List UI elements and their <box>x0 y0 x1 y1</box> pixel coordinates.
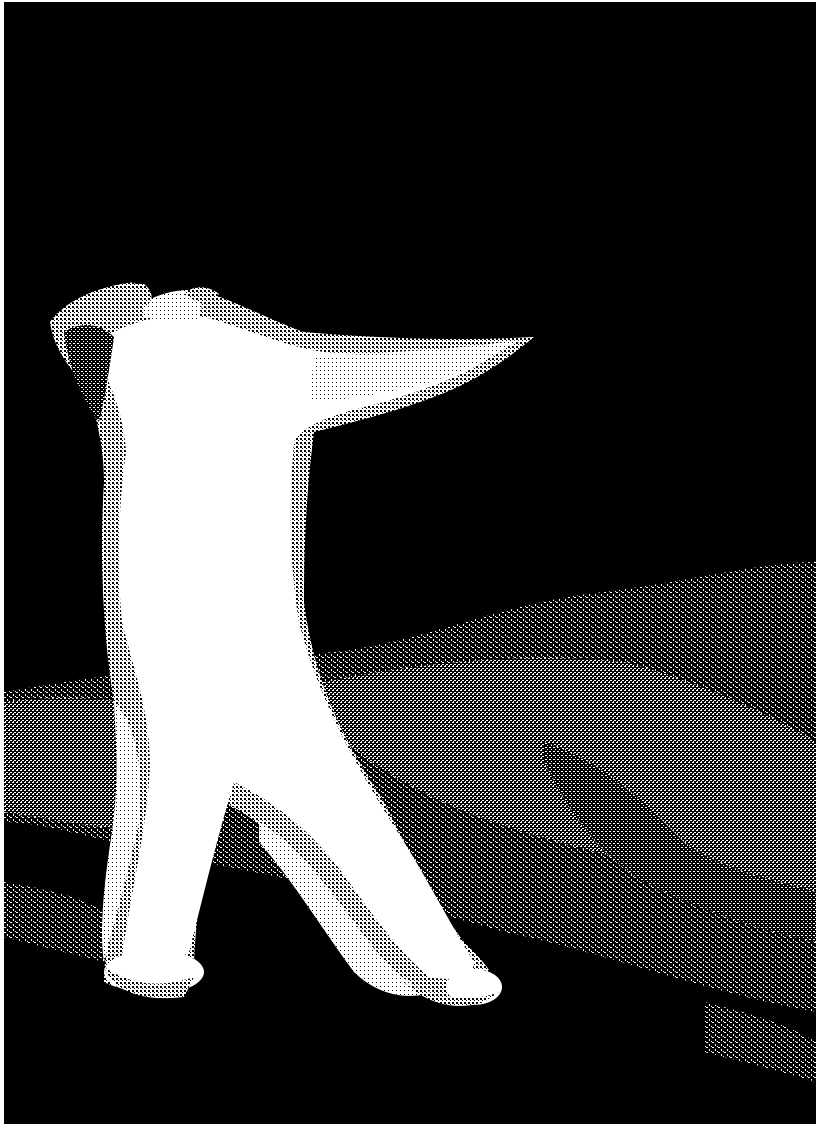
photo-canvas <box>4 2 816 1124</box>
photo-frame <box>0 0 820 1129</box>
halftone-photo <box>4 2 816 1124</box>
